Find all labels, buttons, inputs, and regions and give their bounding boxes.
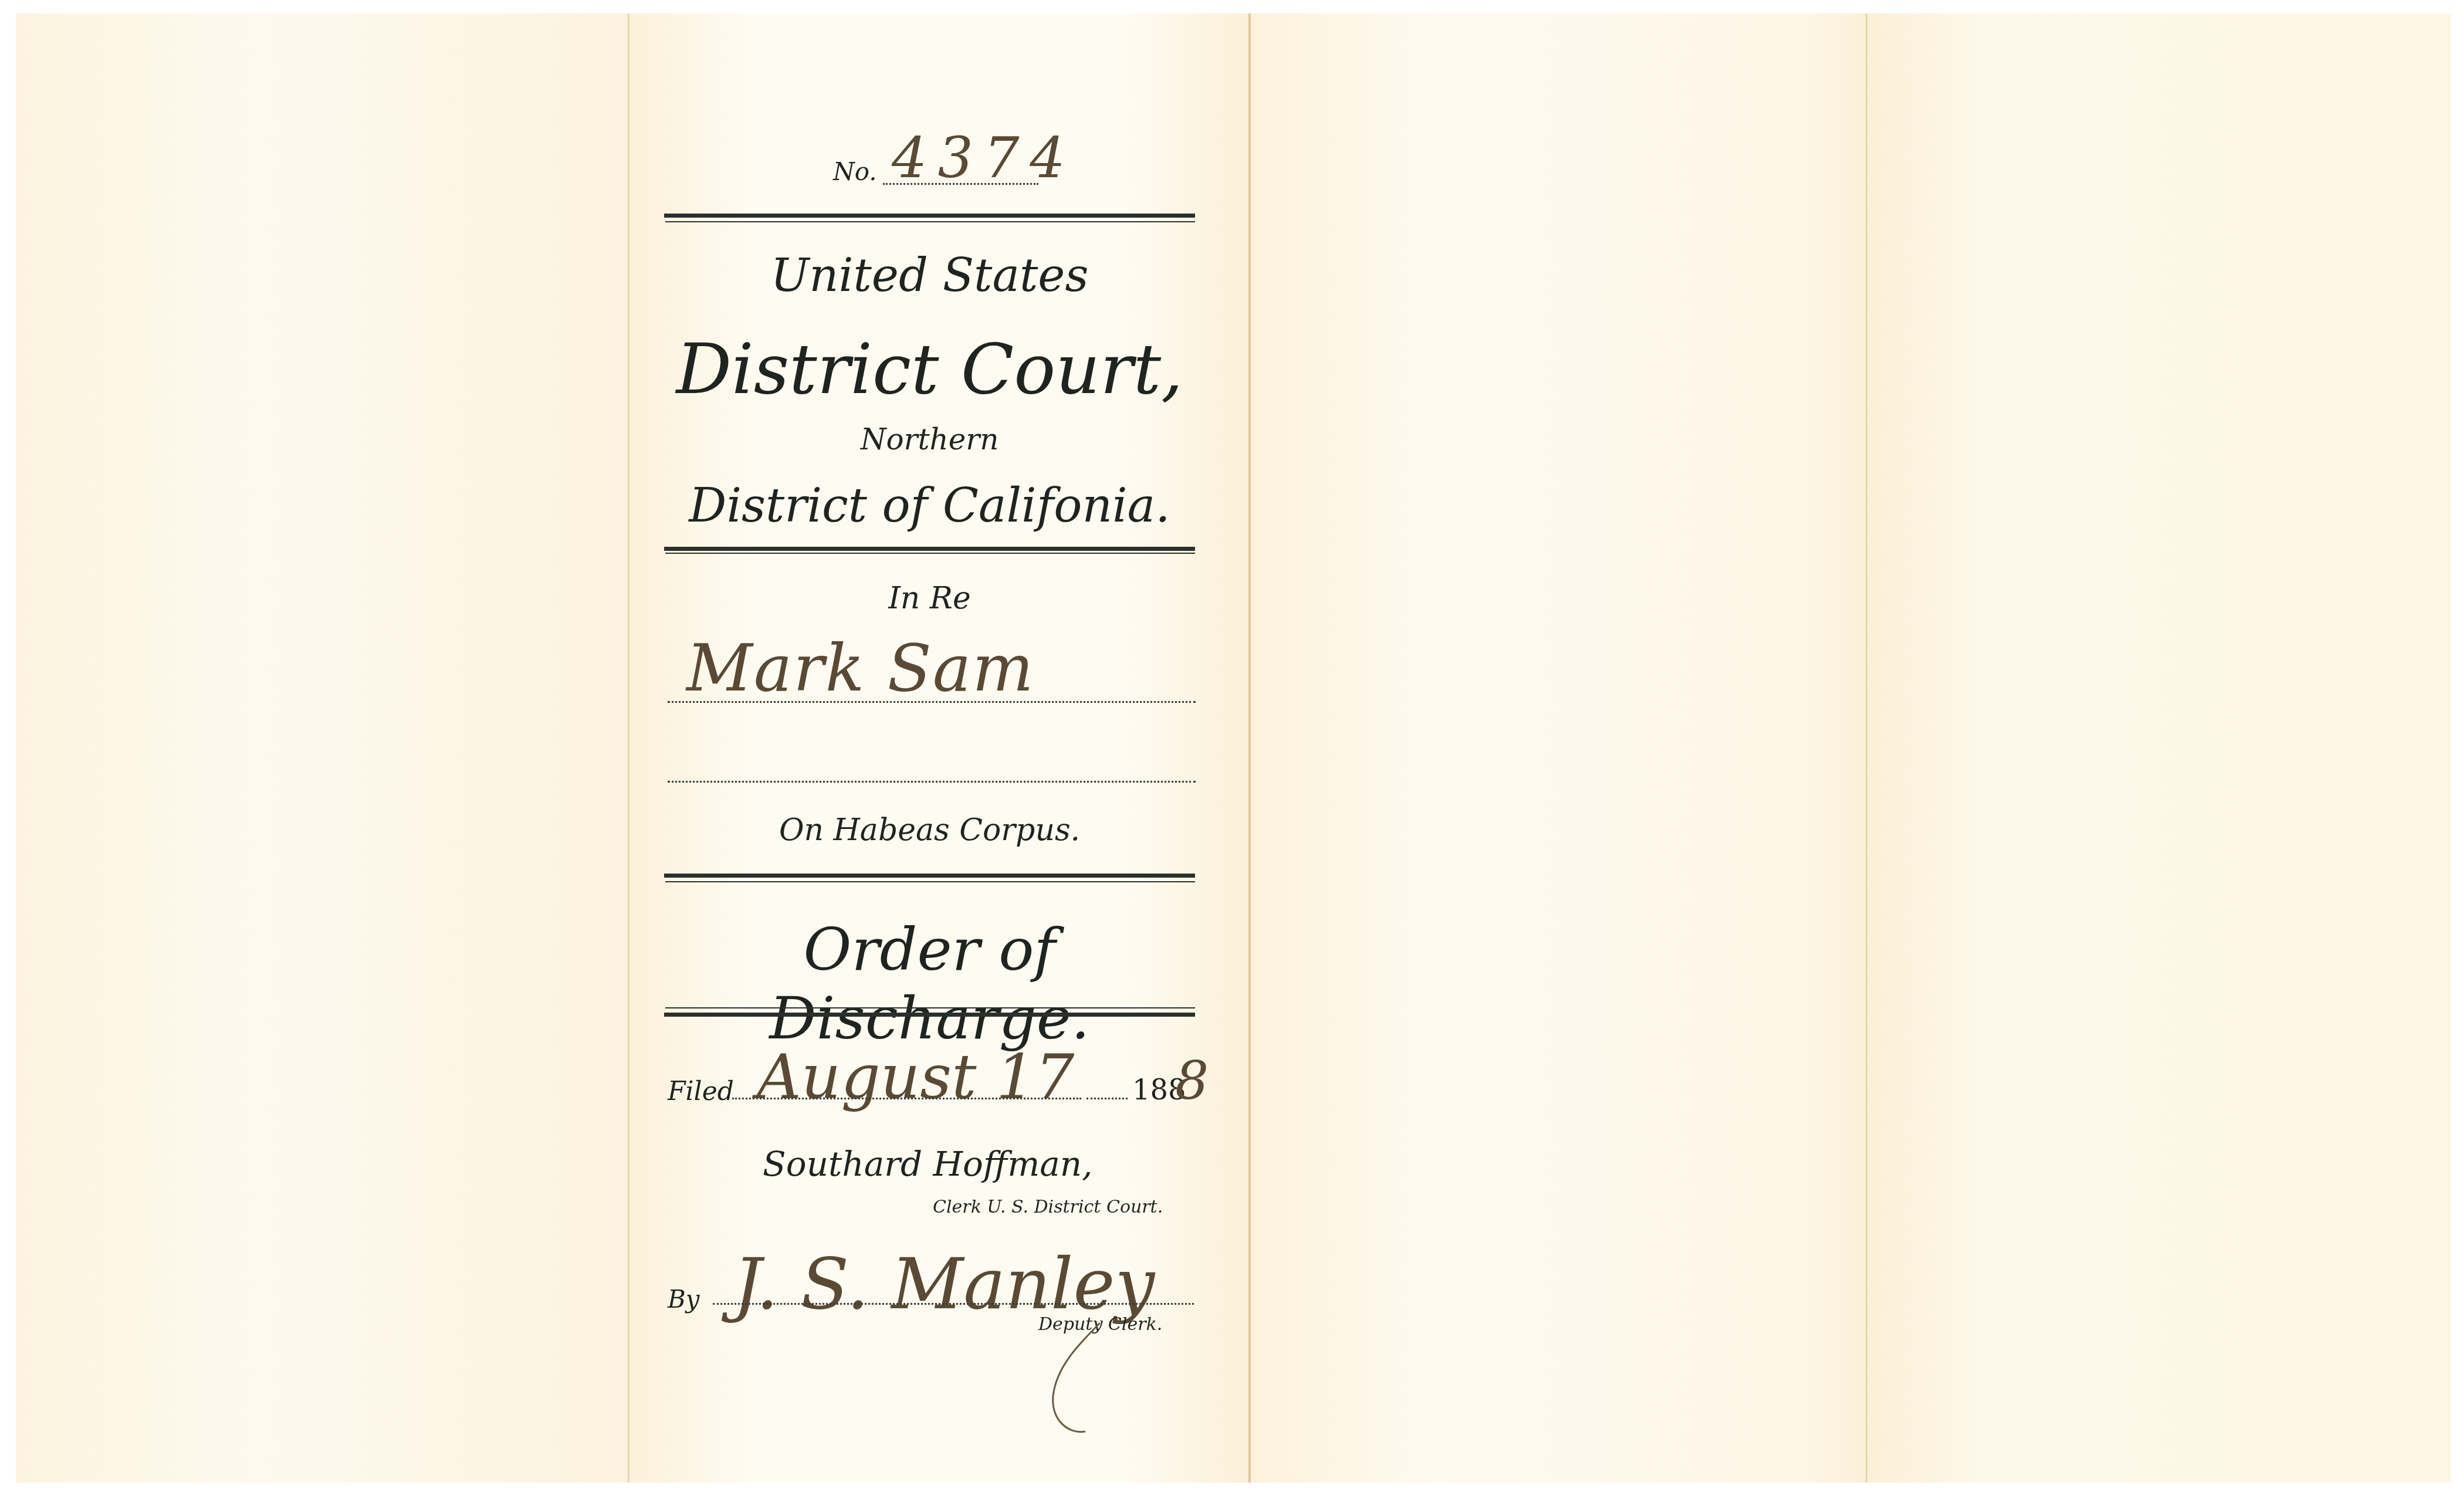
by-label: By — [668, 1285, 700, 1314]
deputy-signature: J. S. Manley — [733, 1244, 1155, 1325]
filed-date-handwritten: August 17 — [757, 1041, 1074, 1113]
fold-line — [1866, 13, 1867, 1483]
clerk-title: Clerk U. S. District Court. — [933, 1197, 1163, 1217]
rule-thick — [664, 547, 1195, 551]
rule-thin — [665, 553, 1195, 554]
in-re-label: In Re — [664, 581, 1195, 616]
proceeding-label: On Habeas Corpus. — [664, 813, 1195, 848]
panel-left-blank — [16, 13, 628, 1483]
year-suffix-handwritten: 8 — [1175, 1050, 1209, 1112]
fold-line — [628, 13, 629, 1483]
heading-northern: Northern — [664, 422, 1195, 456]
signature-line — [713, 1303, 1194, 1305]
heading-united-states: United States — [664, 249, 1195, 302]
rule-thin — [665, 1007, 1195, 1008]
party-name-line — [668, 701, 1196, 703]
rule-thick — [664, 1013, 1195, 1017]
party-name-line-2 — [668, 781, 1196, 783]
center-fold-line — [1248, 13, 1251, 1483]
panel-inner-blank — [1248, 13, 1866, 1483]
rule-thin — [665, 221, 1195, 222]
party-name-handwritten: Mark Sam — [686, 631, 1035, 706]
rule-thick — [664, 214, 1195, 218]
rule-thin — [665, 881, 1195, 882]
document-title: Order of Discharge. — [664, 915, 1195, 1052]
filed-date-line — [732, 1098, 1081, 1099]
case-number-value: 4374 — [892, 126, 1076, 191]
document-sheet — [16, 13, 2451, 1483]
case-number-label: No. — [833, 157, 877, 186]
rule-thick — [664, 874, 1195, 878]
panel-right-blank — [1866, 13, 2451, 1483]
heading-district-court: District Court, — [664, 329, 1195, 409]
heading-district-of-california: District of Califonia. — [664, 478, 1195, 533]
filed-date-line-short — [1087, 1098, 1128, 1099]
filed-label: Filed — [668, 1077, 734, 1106]
clerk-name: Southard Hoffman, — [763, 1144, 1173, 1184]
case-number-dotted-line — [883, 183, 1038, 185]
signature-flourish — [1044, 1320, 1115, 1437]
